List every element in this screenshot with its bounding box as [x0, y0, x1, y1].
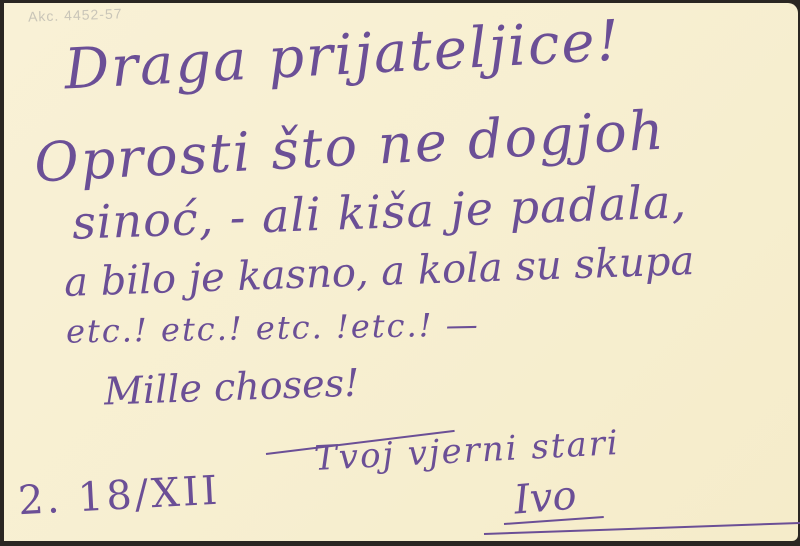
signature-underline — [484, 522, 800, 535]
valediction: Tvoj vjerni stari — [313, 423, 621, 479]
date: 2. 18/XII — [17, 468, 221, 525]
closing-phrase: Mille choses! — [103, 361, 360, 414]
signature: Ivo — [512, 472, 578, 523]
postcard: Akc. 4452-57 Draga prijateljice! Oprosti… — [4, 3, 798, 541]
salutation: Draga prijateljice! — [63, 8, 623, 102]
body-line-4: etc.! etc.! etc. !etc.! — — [66, 305, 480, 350]
body-line-3: a bilo je kasno, a kola su skupa — [63, 238, 695, 306]
archive-mark: Akc. 4452-57 — [28, 5, 123, 24]
